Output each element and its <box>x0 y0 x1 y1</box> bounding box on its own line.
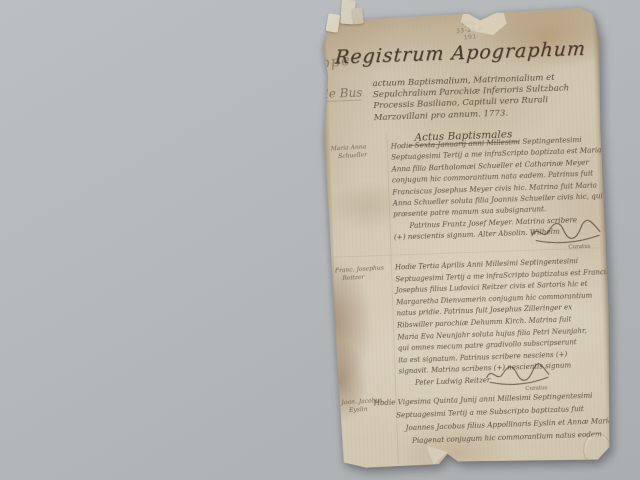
entry-1-margin-note: Maria Anna Schueller <box>330 142 391 162</box>
manuscript-page-wrap: HML 33-24 D 191 ppe le Bus Registrum Apo… <box>320 7 614 468</box>
signature-caption: Curatus <box>525 385 547 392</box>
manuscript-page: HML 33-24 D 191 ppe le Bus Registrum Apo… <box>320 7 614 468</box>
corner-inscription-2: le Bus <box>325 86 363 102</box>
tape-fragment <box>352 7 364 24</box>
entry-line: Piagenat conjugum hic commorantium natus… <box>412 429 602 445</box>
priest-signature-flourish <box>529 217 602 245</box>
title-subtitle: actuum Baptismalium, Matrimonialium et S… <box>372 71 595 124</box>
priest-signature-flourish <box>484 361 551 387</box>
photo-of-manuscript: HML 33-24 D 191 ppe le Bus Registrum Apo… <box>0 0 640 480</box>
entry-2-margin-note: Franc. Josephus Reitzer <box>335 264 396 284</box>
document-title: Registrum Apographum <box>321 37 600 69</box>
